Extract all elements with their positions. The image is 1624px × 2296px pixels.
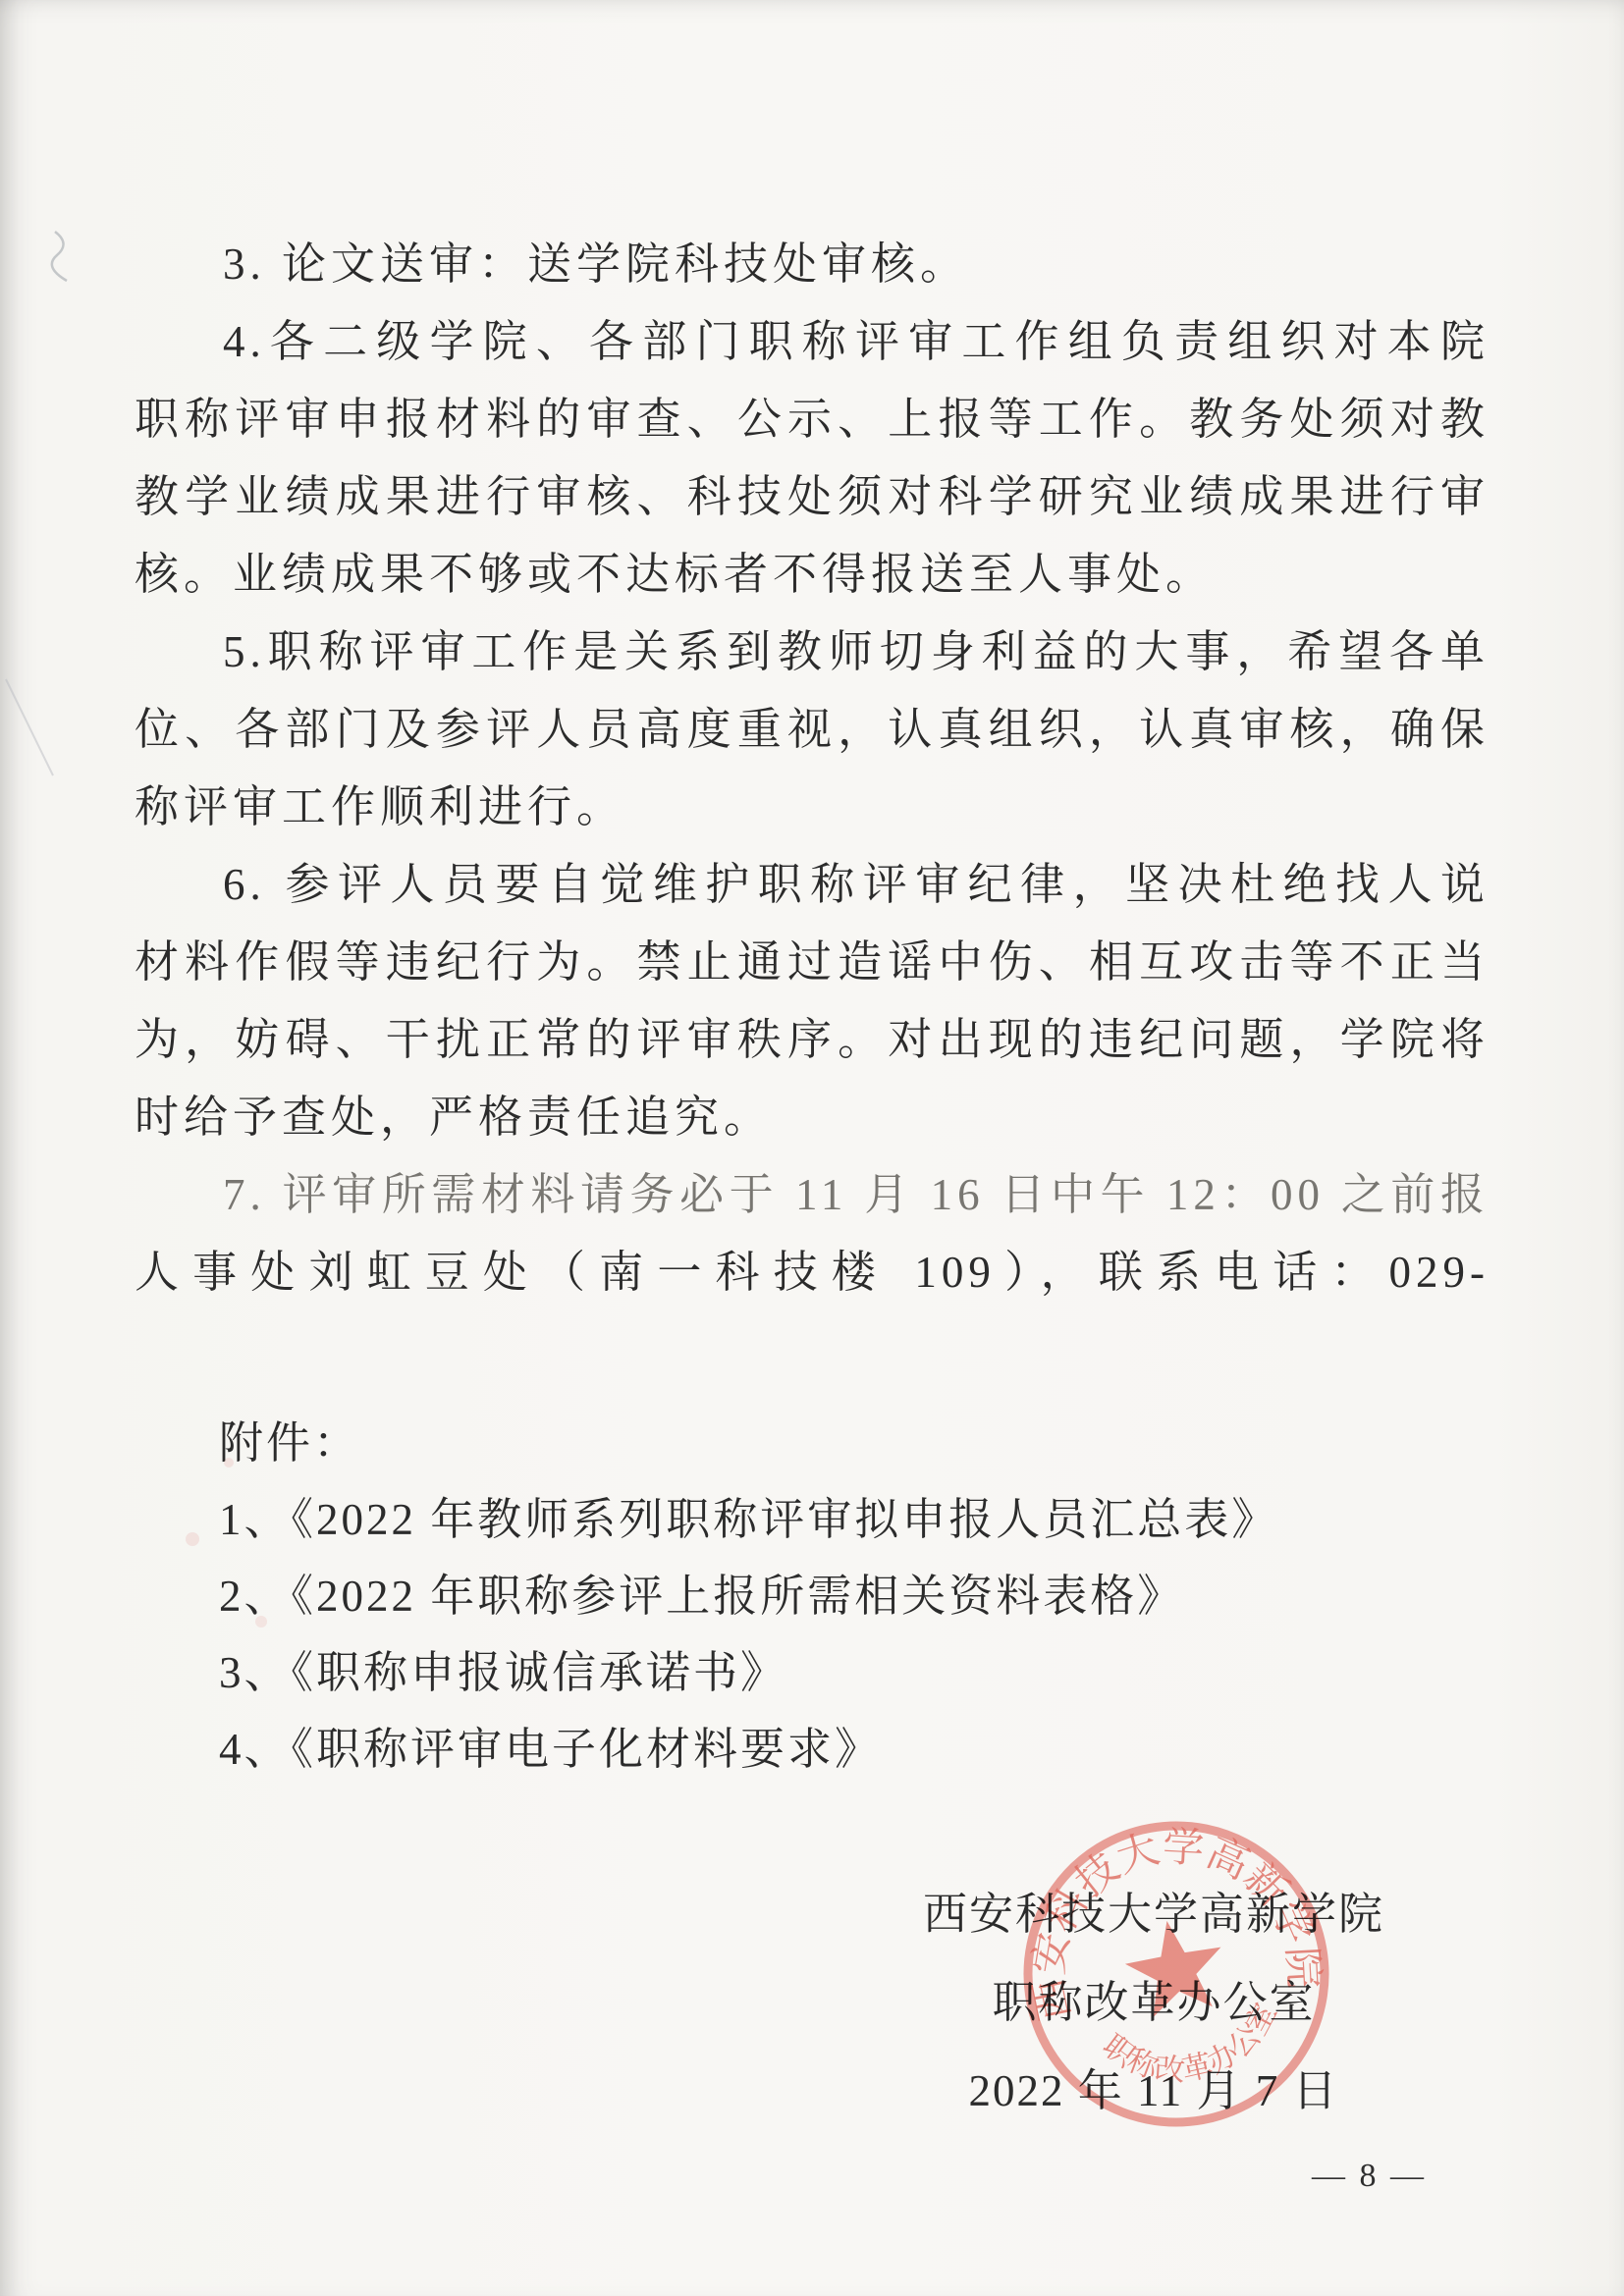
text-line: 位、各部门及参评人员高度重视，认真组织，认真审核，确保职 xyxy=(135,691,1489,769)
text-line: 7. 评审所需材料请务必于 11 月 16 日中午 12：00 之前报送 xyxy=(135,1156,1489,1234)
text-line: 材料作假等违纪行为。禁止通过造谣中伤、相互攻击等不正当行 xyxy=(135,924,1489,1001)
attachment-line: 1、《2022 年教师系列职称评审拟申报人员汇总表》 xyxy=(135,1481,1489,1558)
seal-star xyxy=(1119,1912,1231,2020)
seal-arc-text: 西安科技大学高新学院 xyxy=(1017,1810,1330,2038)
text-line: 3. 论文送审：送学院科技处审核。 xyxy=(135,226,1489,303)
crease-line xyxy=(6,679,53,775)
scanned-document-page: 3. 论文送审：送学院科技处审核。 4.各二级学院、各部门职称评审工作组负责组织… xyxy=(0,0,1624,2296)
text-line: 人事处刘虹豆处（南一科技楼 109），联系电话：029-61167589。 xyxy=(135,1234,1489,1311)
official-seal: 西安科技大学高新学院 职称改革办公室 xyxy=(1017,1810,1335,2138)
attachment-line: 2、《2022 年职称参评上报所需相关资料表格》 xyxy=(135,1558,1489,1634)
attachments-title: 附件： xyxy=(135,1405,1489,1481)
page-number: — 8 — xyxy=(1312,2158,1427,2195)
text-line: 时给予查处，严格责任追究。 xyxy=(135,1079,1489,1156)
text-line: 4.各二级学院、各部门职称评审工作组负责组织对本院（部） xyxy=(135,303,1489,381)
attachment-line: 4、《职称评审电子化材料要求》 xyxy=(135,1711,1489,1788)
text-line: 核。业绩成果不够或不达标者不得报送至人事处。 xyxy=(135,536,1489,614)
text-line: 6. 参评人员要自觉维护职称评审纪律，坚决杜绝找人说情、 xyxy=(135,846,1489,924)
scratch-mark xyxy=(52,232,67,281)
seal-bottom-text: 职称改革办公室 xyxy=(1091,1993,1292,2102)
text-line: 为，妨碍、干扰正常的评审秩序。对出现的违纪问题，学院将及 xyxy=(135,1001,1489,1079)
text-line: 职称评审申报材料的审查、公示、上报等工作。教务处须对教育 xyxy=(135,381,1489,458)
document-body: 3. 论文送审：送学院科技处审核。 4.各二级学院、各部门职称评审工作组负责组织… xyxy=(135,226,1489,1311)
text-line: 5.职称评审工作是关系到教师切身利益的大事，希望各单 xyxy=(135,614,1489,691)
attachment-line: 3、《职称申报诚信承诺书》 xyxy=(135,1634,1489,1711)
attachments-section: 附件： 1、《2022 年教师系列职称评审拟申报人员汇总表》 2、《2022 年… xyxy=(135,1405,1489,1788)
text-line: 教学业绩成果进行审核、科技处须对科学研究业绩成果进行审 xyxy=(135,458,1489,536)
text-line: 称评审工作顺利进行。 xyxy=(135,769,1489,846)
